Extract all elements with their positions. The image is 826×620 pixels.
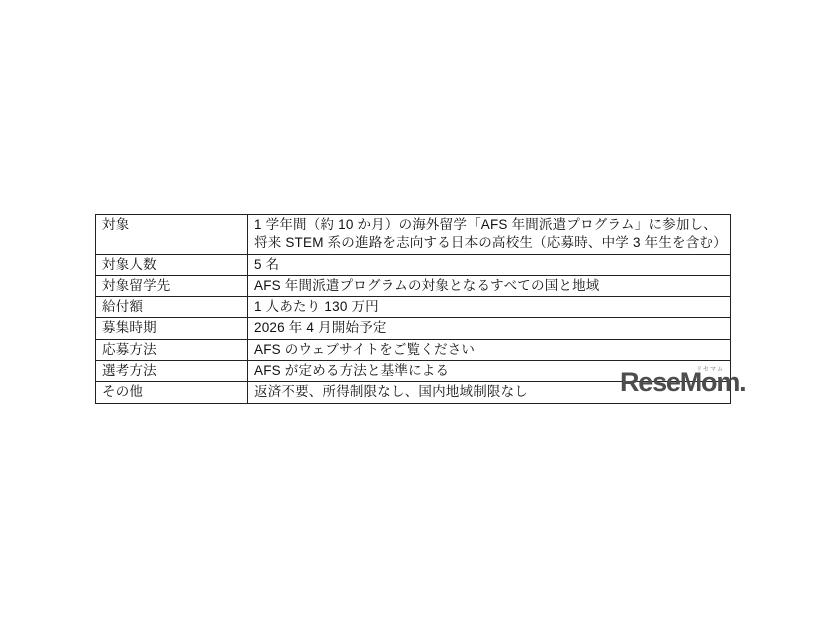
page: 対象 1 学年間（約 10 か月）の海外留学「AFS 年間派遣プログラム」に参加… bbox=[0, 0, 826, 620]
row-label: 選考方法 bbox=[96, 361, 248, 382]
row-label: 対象 bbox=[96, 215, 248, 255]
row-label: その他 bbox=[96, 382, 248, 403]
row-label: 対象人数 bbox=[96, 254, 248, 275]
table-row: 選考方法 AFS が定める方法と基準による bbox=[96, 361, 731, 382]
row-value: 5 名 bbox=[248, 254, 731, 275]
row-value: AFS のウェブサイトをご覧ください bbox=[248, 339, 731, 360]
table-row: 給付額 1 人あたり 130 万円 bbox=[96, 297, 731, 318]
table-row: 対象 1 学年間（約 10 か月）の海外留学「AFS 年間派遣プログラム」に参加… bbox=[96, 215, 731, 255]
row-value: 返済不要、所得制限なし、国内地域制限なし bbox=[248, 382, 731, 403]
table-row: 募集時期 2026 年 4 月開始予定 bbox=[96, 318, 731, 339]
row-value: AFS が定める方法と基準による bbox=[248, 361, 731, 382]
row-label: 対象留学先 bbox=[96, 275, 248, 296]
table-row: 対象留学先 AFS 年間派遣プログラムの対象となるすべての国と地域 bbox=[96, 275, 731, 296]
row-value: 1 人あたり 130 万円 bbox=[248, 297, 731, 318]
row-value: 2026 年 4 月開始予定 bbox=[248, 318, 731, 339]
row-value: 1 学年間（約 10 か月）の海外留学「AFS 年間派遣プログラム」に参加し、将… bbox=[248, 215, 731, 255]
table-row: 対象人数 5 名 bbox=[96, 254, 731, 275]
row-value: AFS 年間派遣プログラムの対象となるすべての国と地域 bbox=[248, 275, 731, 296]
table-row: その他 返済不要、所得制限なし、国内地域制限なし bbox=[96, 382, 731, 403]
table-row: 応募方法 AFS のウェブサイトをご覧ください bbox=[96, 339, 731, 360]
row-label: 給付額 bbox=[96, 297, 248, 318]
row-label: 募集時期 bbox=[96, 318, 248, 339]
row-label: 応募方法 bbox=[96, 339, 248, 360]
program-info-table: 対象 1 学年間（約 10 か月）の海外留学「AFS 年間派遣プログラム」に参加… bbox=[95, 214, 731, 404]
